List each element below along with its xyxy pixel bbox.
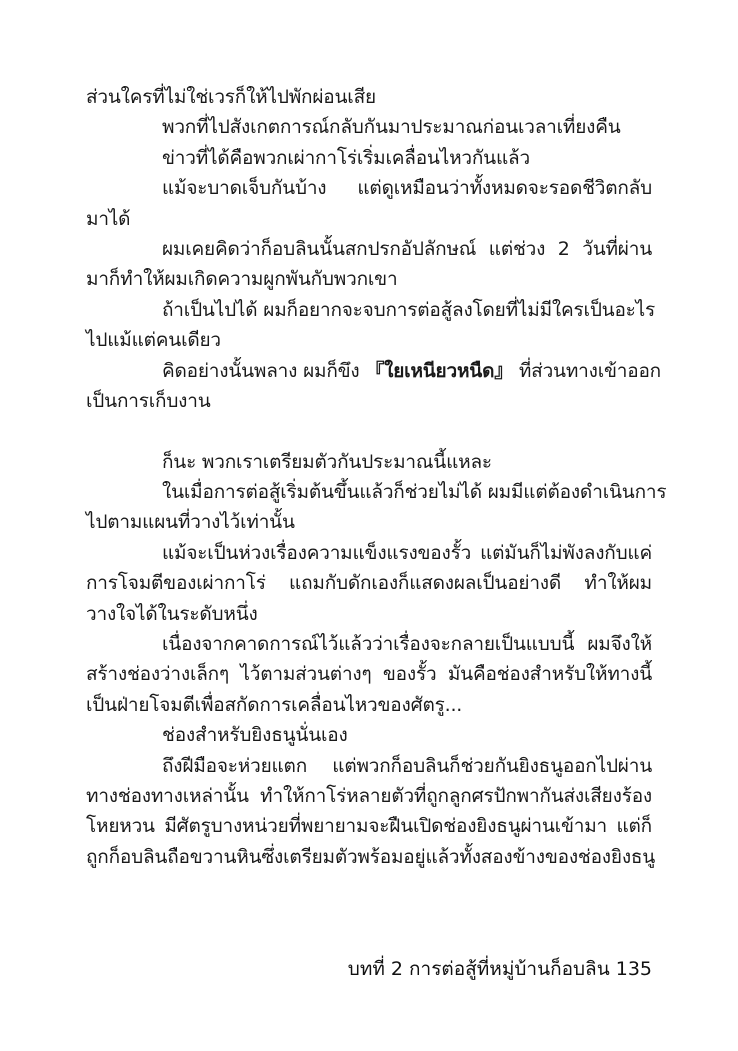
text-line: ผมเคยคิดว่าก็อบลินนั้นสกปรกอัปลักษณ์ แต่… <box>86 234 652 264</box>
text-fragment: คิดอย่างนั้นพลาง ผมก็ขึง <box>162 360 365 382</box>
text-line: ถูกก็อบลินถือขวานหินซึ่งเตรียมตัวพร้อมอย… <box>86 842 652 872</box>
running-head: บทที่ 2 การต่อสู้ที่หมู่บ้านก็อบลิน <box>348 958 610 980</box>
text-line: ส่วนใครที่ไม่ใช่เวรก็ให้ไปพักผ่อนเสีย <box>86 82 652 112</box>
text-line: ข่าวที่ได้คือพวกเผ่ากาโร่เริ่มเคลื่อนไหว… <box>86 143 652 173</box>
text-line: มาได้ <box>86 204 652 234</box>
text-line: สร้างช่องว่างเล็กๆ ไว้ตามส่วนต่างๆ ของรั… <box>86 659 652 689</box>
text-line: ในเมื่อการต่อสู้เริ่มต้นขึ้นแล้วก็ช่วยไม… <box>86 477 652 507</box>
text-line-with-skill-name: คิดอย่างนั้นพลาง ผมก็ขึง 『ใยเหนียวหนืด』 … <box>86 356 652 386</box>
skill-name-bold: 『ใยเหนียวหนืด』 <box>365 360 513 382</box>
text-line: เป็นการเก็บงาน <box>86 386 652 416</box>
text-fragment: ที่ส่วนทางเข้าออก <box>513 360 661 382</box>
text-line: ช่องสำหรับยิงธนูนั่นเอง <box>86 720 652 750</box>
text-line: ไปแม้แต่คนเดียว <box>86 325 652 355</box>
text-line: เนื่องจากคาดการณ์ไว้แล้วว่าเรื่องจะกลายเ… <box>86 629 652 659</box>
text-line: ก็นะ พวกเราเตรียมตัวกันประมาณนี้แหละ <box>86 447 652 477</box>
book-page-body: ส่วนใครที่ไม่ใช่เวรก็ให้ไปพักผ่อนเสีย พว… <box>86 82 652 872</box>
text-line: มาก็ทำให้ผมเกิดความผูกพันกับพวกเขา <box>86 264 652 294</box>
text-line: ถึงฝีมือจะห่วยแตก แต่พวกก็อบลินก็ช่วยกัน… <box>86 751 652 781</box>
text-line: แม้จะบาดเจ็บกันบ้าง แต่ดูเหมือนว่าทั้งหม… <box>86 173 652 203</box>
page-number: 135 <box>616 958 652 980</box>
text-line: โหยหวน มีศัตรูบางหน่วยที่พยายามจะฝืนเปิด… <box>86 811 652 841</box>
text-line: พวกที่ไปสังเกตการณ์กลับกันมาประมาณก่อนเว… <box>86 112 652 142</box>
text-line: ถ้าเป็นไปได้ ผมก็อยากจะจบการต่อสู้ลงโดยท… <box>86 295 652 325</box>
text-line: ทางช่องทางเหล่านั้น ทำให้กาโร่หลายตัวที่… <box>86 781 652 811</box>
text-line: แม้จะเป็นห่วงเรื่องความแข็งแรงของรั้ว แต… <box>86 538 652 568</box>
page-footer: บทที่ 2 การต่อสู้ที่หมู่บ้านก็อบลิน 135 <box>330 954 652 984</box>
text-line: การโจมตีของเผ่ากาโร่ แถมกับดักเองก็แสดงผ… <box>86 568 652 598</box>
section-break <box>86 416 652 446</box>
text-line: เป็นฝ่ายโจมตีเพื่อสกัดการเคลื่อนไหวของศั… <box>86 690 652 720</box>
text-line: วางใจได้ในระดับหนึ่ง <box>86 599 652 629</box>
text-line: ไปตามแผนที่วางไว้เท่านั้น <box>86 507 652 537</box>
